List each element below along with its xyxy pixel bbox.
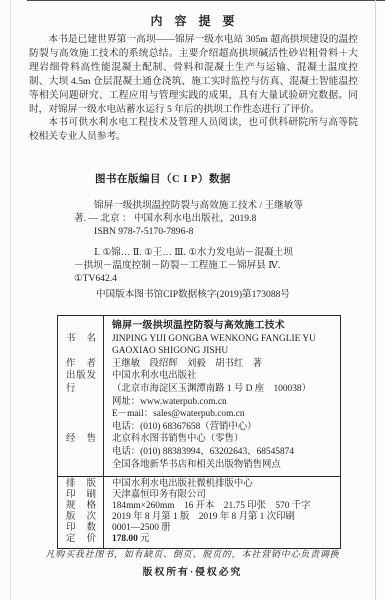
row-edition: 版次 2019 年 8 月第 1 版 2019 年 8 月第 1 次印刷 [58,512,340,523]
price-cell: 178.00 元 [103,534,340,545]
book-title-pinyin-1: JINPING YIJI GONGBA WENKONG FANGLIE YU [112,333,337,346]
cip-classification-line-3: ①TV642.4 [74,272,303,285]
publisher-website: 网址：www.waterpub.com.cn [112,396,337,409]
row-label: 规格 [58,501,103,512]
seller-cell: 北京科水图书销售中心（零售） 电话：(010) 88383994、6320264… [103,433,340,471]
row-print-run: 印数 0001—2500 册 [58,523,340,534]
colophon-table: 书名 锦屏一级拱坝温控防裂与高效施工技术 JINPING YIJI GONGBA… [57,315,341,549]
author-cell: 王继敏 段绍辉 刘毅 胡书红 著 [103,358,340,371]
cip-publisher-line: 著. — 北京 ： 中国水利水电出版社，2019.8 [74,212,303,225]
printer-cell: 天津嘉恒印务有限公司 [103,490,340,501]
row-printer: 印刷 天津嘉恒印务有限公司 [58,490,340,501]
colophon-column-divider [103,316,104,548]
row-label: 印刷 [58,490,103,501]
book-name-cell: 锦屏一级拱坝温控防裂与高效施工技术 JINPING YIJI GONGBA WE… [103,320,340,358]
row-label: 印数 [58,523,103,534]
cip-title-line: 锦屏一级拱坝温控防裂与高效施工技术 / 王继敏等 [74,199,303,212]
publisher-name: 中国水利水电出版社 [112,370,337,383]
publisher-phone: 电话：(010) 68367658（营销中心） [112,421,337,434]
exchange-notice: 凡购买我社图书，如有缺页、倒页、脱页的，本社营销中心负责调换 [0,547,385,560]
price-amount: 178.00 [112,534,138,544]
book-copyright-page: 内 容 提 要 本书是已建世界第一高坝——锦屏一级水电站 305m 超高拱坝建设… [0,0,385,600]
summary-paragraph-2: 本书可供水利水电工程技术及管理人员阅读，也可供科研院所与高等院校相关专业人员参考… [29,116,358,144]
publisher-cell: 中国水利水电出版社 （北京市海淀区玉渊潭南路 1 号 D 座 100038） 网… [103,370,340,433]
publisher-address: （北京市海淀区玉渊潭南路 1 号 D 座 100038） [112,383,337,396]
summary-paragraph-1: 本书是已建世界第一高坝——锦屏一级水电站 305m 超高拱坝建设的温控防裂与高效… [29,33,358,116]
row-label: 出版发行 [58,370,103,395]
print-run-cell: 0001—2500 册 [103,523,340,534]
row-format: 规格 184mm×260mm 16 开本 21.75 印张 570 千字 [58,501,340,512]
typesetting-cell: 中国水利水电出版社微机排版中心 [103,479,340,490]
row-price: 定价 178.00 元 [58,534,340,545]
row-label: 版次 [58,512,103,523]
cip-registration-number: 中国版本图书馆CIP数据核字(2019)第173088号 [96,286,290,300]
row-typesetting: 排版 中国水利水电出版社微机排版中心 [58,479,340,490]
colophon-lower-section: 排版 中国水利水电出版社微机排版中心 印刷 天津嘉恒印务有限公司 规格 184m… [58,476,340,547]
content-summary: 本书是已建世界第一高坝——锦屏一级水电站 305m 超高拱坝建设的温控防裂与高效… [29,33,358,144]
seller-phone: 电话：(010) 88383994、63202643、68545874 [112,446,337,459]
colophon-upper-section: 书名 锦屏一级拱坝温控防裂与高效施工技术 JINPING YIJI GONGBA… [58,316,340,476]
copyright-notice: 版权所有·侵权必究 [0,564,385,578]
book-title-pinyin-2: GAOXIAO SHIGONG JISHU [112,345,337,358]
row-label: 排版 [58,479,103,490]
scan-edge-right-line [375,0,376,600]
cip-isbn: ISBN 978-7-5170-7896-8 [74,225,303,238]
scan-edge-left-line [10,0,11,600]
seller-outlets: 全国各地新华书店和相关出版物销售网点 [112,459,337,472]
row-label: 经售 [58,433,103,446]
cip-classification-line-2: －拱坝－温度控制－防裂－工程施工－锦屏县 Ⅳ. [74,259,303,272]
row-label: 作者 [58,358,103,371]
row-author: 作者 王继敏 段绍辉 刘毅 胡书红 著 [58,358,340,371]
row-seller: 经售 北京科水图书销售中心（零售） 电话：(010) 88383994、6320… [58,433,340,471]
row-publisher: 出版发行 中国水利水电出版社 （北京市海淀区玉渊潭南路 1 号 D 座 1000… [58,370,340,433]
edition-cell: 2019 年 8 月第 1 版 2019 年 8 月第 1 次印刷 [103,512,340,523]
cip-classification-line-1: Ⅰ. ①锦… Ⅱ. ①王… Ⅲ. ①水力发电站－混凝土坝 [74,246,303,259]
book-title-cn: 锦屏一级拱坝温控防裂与高效施工技术 [112,320,337,333]
row-label: 书名 [58,333,103,346]
format-cell: 184mm×260mm 16 开本 21.75 印张 570 千字 [103,501,340,512]
cip-heading: 图书在版编目（C I P）数据 [95,171,231,186]
content-summary-heading: 内 容 提 要 [0,12,385,29]
row-label: 定价 [58,534,103,545]
scan-edge-top-line [27,0,385,1]
seller-name: 北京科水图书销售中心（零售） [112,433,337,446]
row-book-name: 书名 锦屏一级拱坝温控防裂与高效施工技术 JINPING YIJI GONGBA… [58,320,340,358]
cip-record-block: 锦屏一级拱坝温控防裂与高效施工技术 / 王继敏等 著. — 北京 ： 中国水利水… [74,199,303,285]
publisher-email: E－mail：sales@waterpub.com.cn [112,408,337,421]
price-unit: 元 [140,534,149,544]
